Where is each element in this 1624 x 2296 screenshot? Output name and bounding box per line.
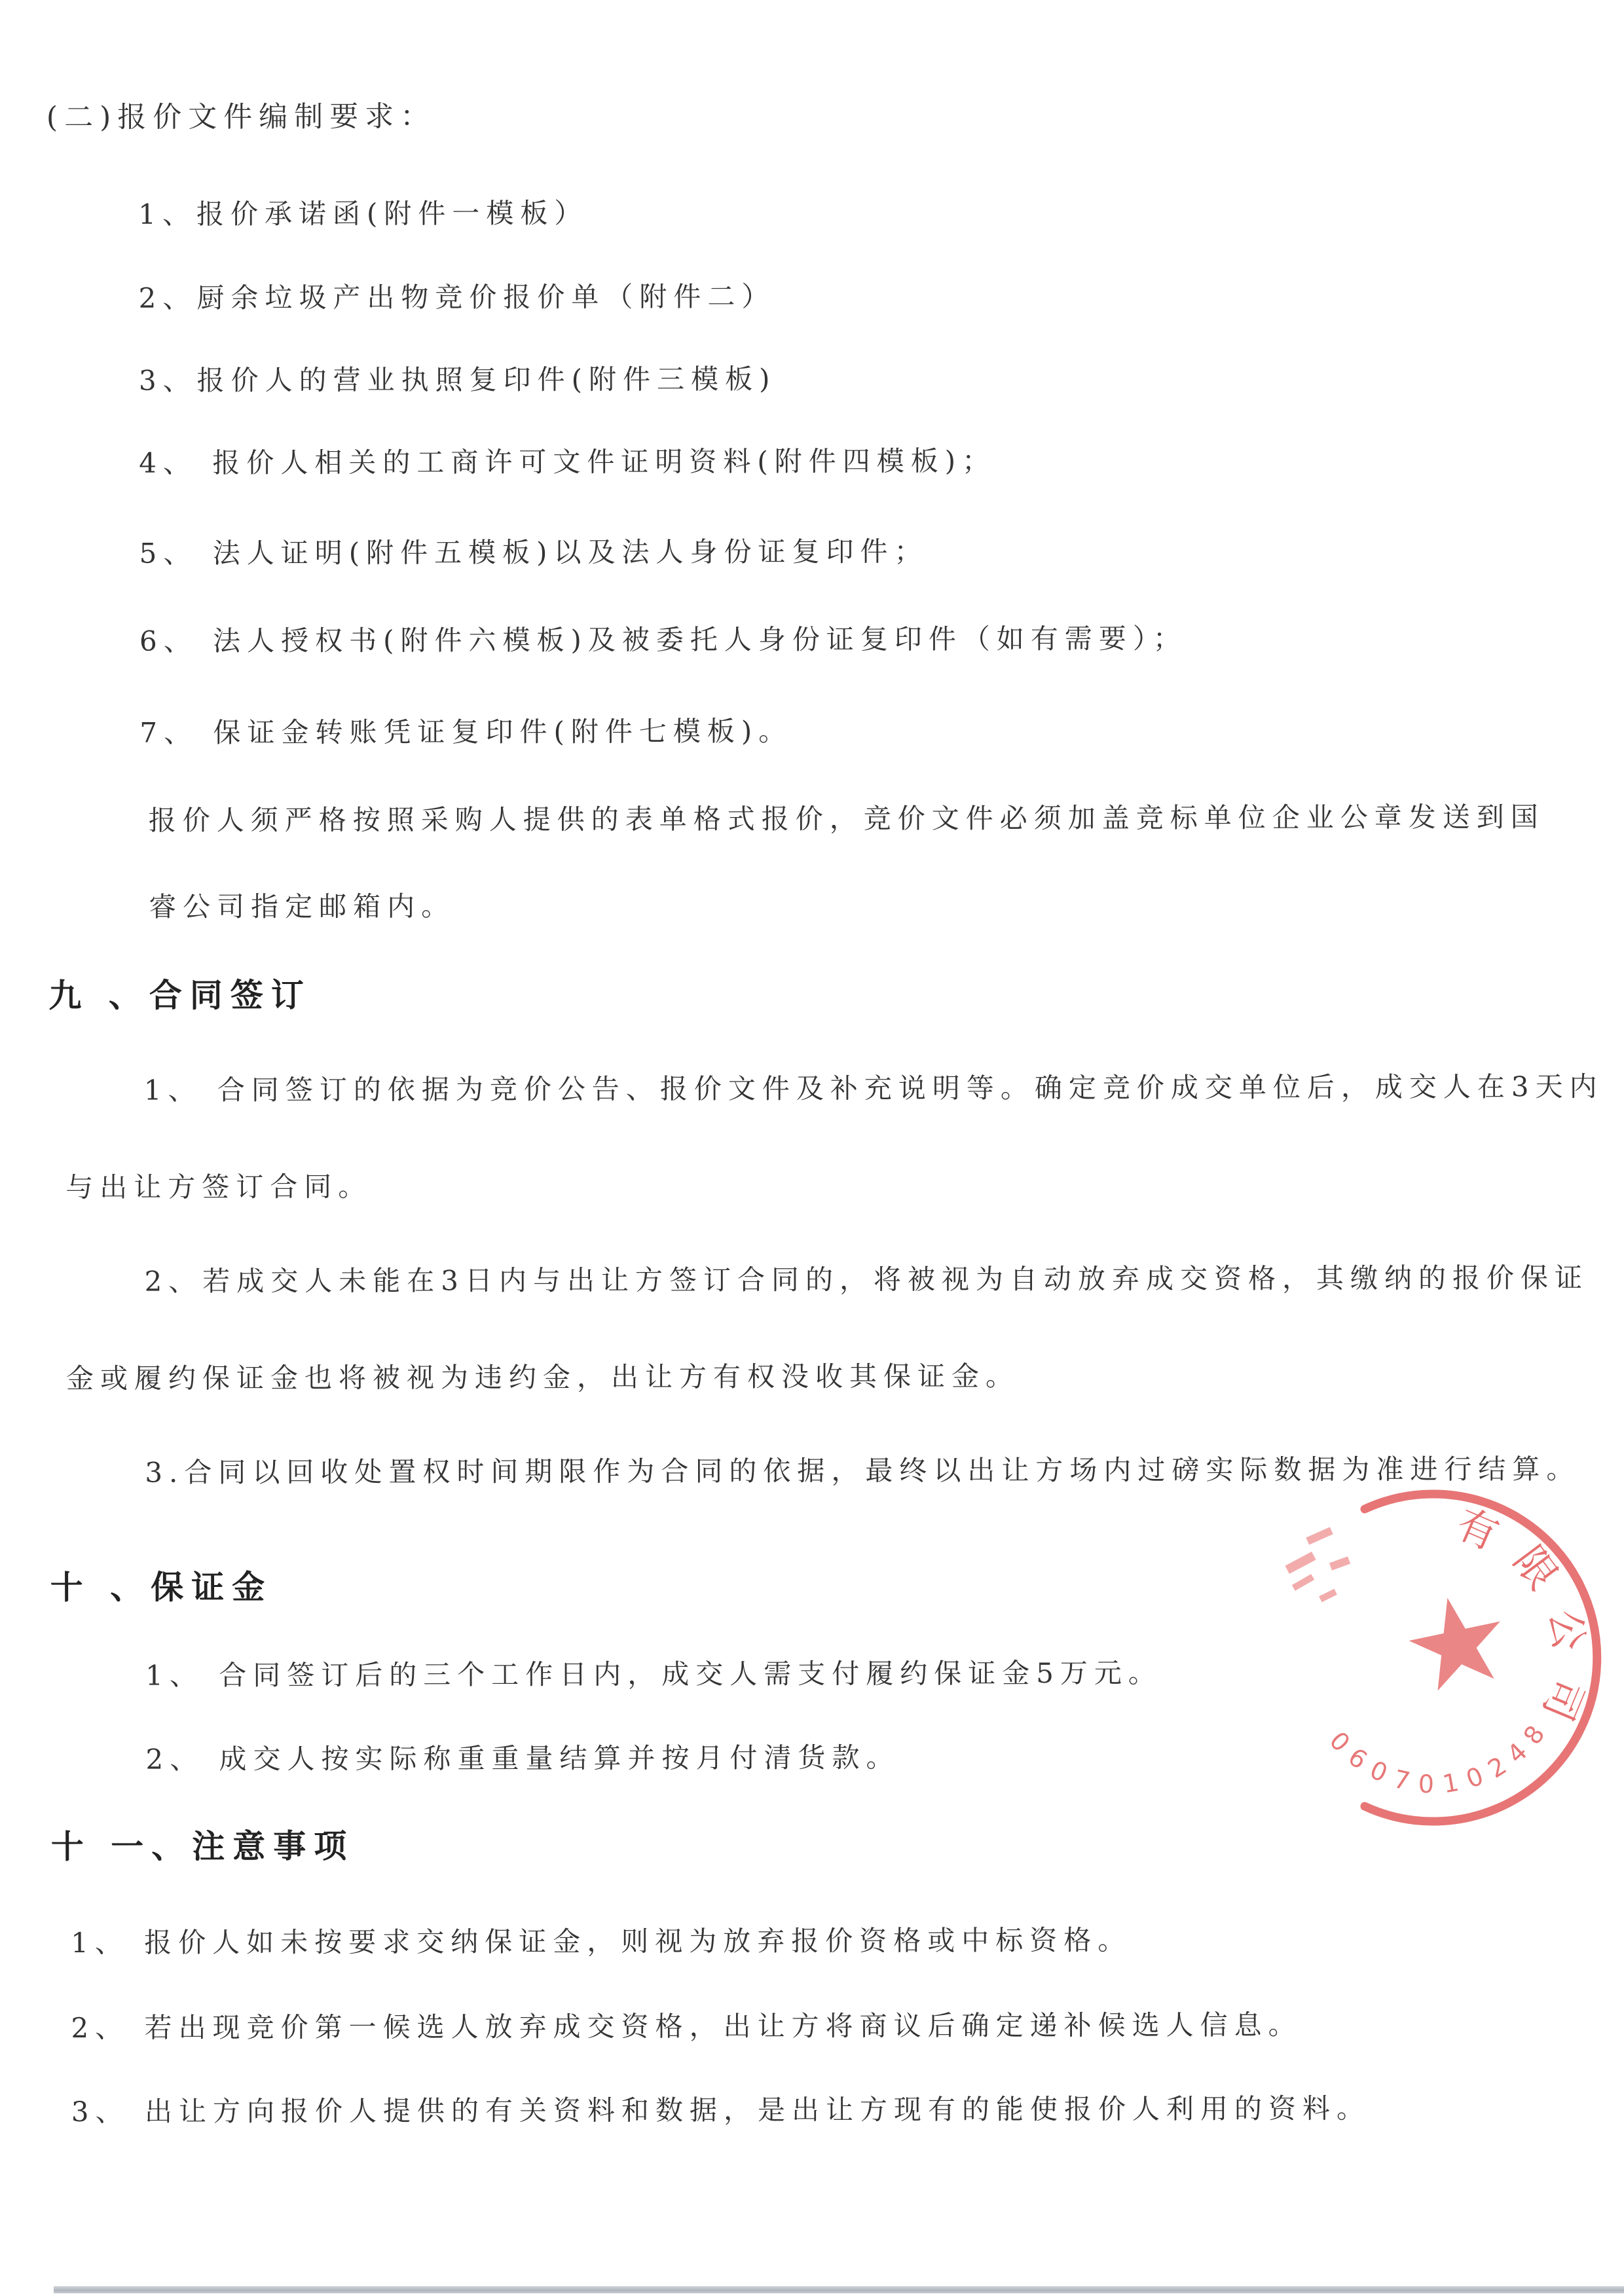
section-nine-line-4: 金或履约保证金也将被视为违约金，出让方有权没收其保证金。 [66, 1355, 1020, 1396]
section-ten-line-2: 2、 成交人按实际称重重量结算并按月付清货款。 [145, 1736, 900, 1777]
attachment-item-4: 4、 报价人相关的工商许可文件证明资料(附件四模板)； [139, 439, 996, 481]
document-text-layer: (二)报价文件编制要求： 1、报价承诺函(附件一模板） 2、厨余垃圾产出物竞价报… [0, 0, 1624, 2296]
section-ten-line-1: 1、 合同签订后的三个工作日内，成交人需支付履约保证金5万元。 [145, 1652, 1162, 1694]
attachment-item-7: 7、 保证金转账凭证复印件(附件七模板)。 [139, 710, 792, 751]
section-eleven-line-2: 2、 若出现竞价第一候选人放弃成交资格，出让方将商议后确定递补候选人信息。 [71, 2003, 1302, 2046]
section-ten-heading: 十 、保证金 [50, 1561, 273, 1609]
section-eleven-heading: 十 一、注意事项 [51, 1820, 355, 1868]
section-nine-heading: 九 、合同签订 [48, 969, 312, 1017]
section-nine-line-1: 1、 合同签订的依据为竞价公告、报价文件及补充说明等。确定竞价成交单位后，成交人… [144, 1065, 1604, 1108]
section-eleven-line-1: 1、 报价人如未按要求交纳保证金，则视为放弃报价资格或中标资格。 [71, 1919, 1132, 1961]
note-line-1: 报价人须严格按照采购人提供的表单格式报价，竞价文件必须加盖竞标单位企业公章发送到… [149, 795, 1545, 839]
attachment-item-5: 5、 法人证明(附件五模板)以及法人身份证复印件； [139, 530, 929, 572]
attachment-item-1: 1、报价承诺函(附件一模板） [138, 192, 588, 232]
attachment-item-3: 3、报价人的营业执照复印件(附件三模板) [139, 357, 777, 399]
attachment-item-6: 6、 法人授权书(附件六模板)及被委托人身份证复印件（如有需要）； [139, 617, 1187, 659]
section-nine-line-2: 与出让方签订合同。 [65, 1165, 372, 1205]
section-eleven-line-3: 3、 出让方向报价人提供的有关资料和数据，是出让方现有的能使报价人利用的资料。 [71, 2087, 1371, 2130]
note-line-2: 睿公司指定邮箱内。 [149, 884, 455, 924]
attachment-item-2: 2、厨余垃圾产出物竞价报价单（附件二） [139, 275, 776, 316]
document-page: (二)报价文件编制要求： 1、报价承诺函(附件一模板） 2、厨余垃圾产出物竞价报… [0, 0, 1624, 2296]
intro-heading: (二)报价文件编制要求： [46, 92, 436, 136]
section-nine-line-5: 3.合同以回收处置权时间期限作为合同的依据，最终以出让方场内过磅实际数据为准进行… [145, 1448, 1580, 1491]
scan-edge-artifact [54, 2286, 1624, 2293]
section-nine-line-3: 2、若成交人未能在3日内与出让方签订合同的，将被视为自动放弃成交资格，其缴纳的报… [144, 1256, 1589, 1300]
